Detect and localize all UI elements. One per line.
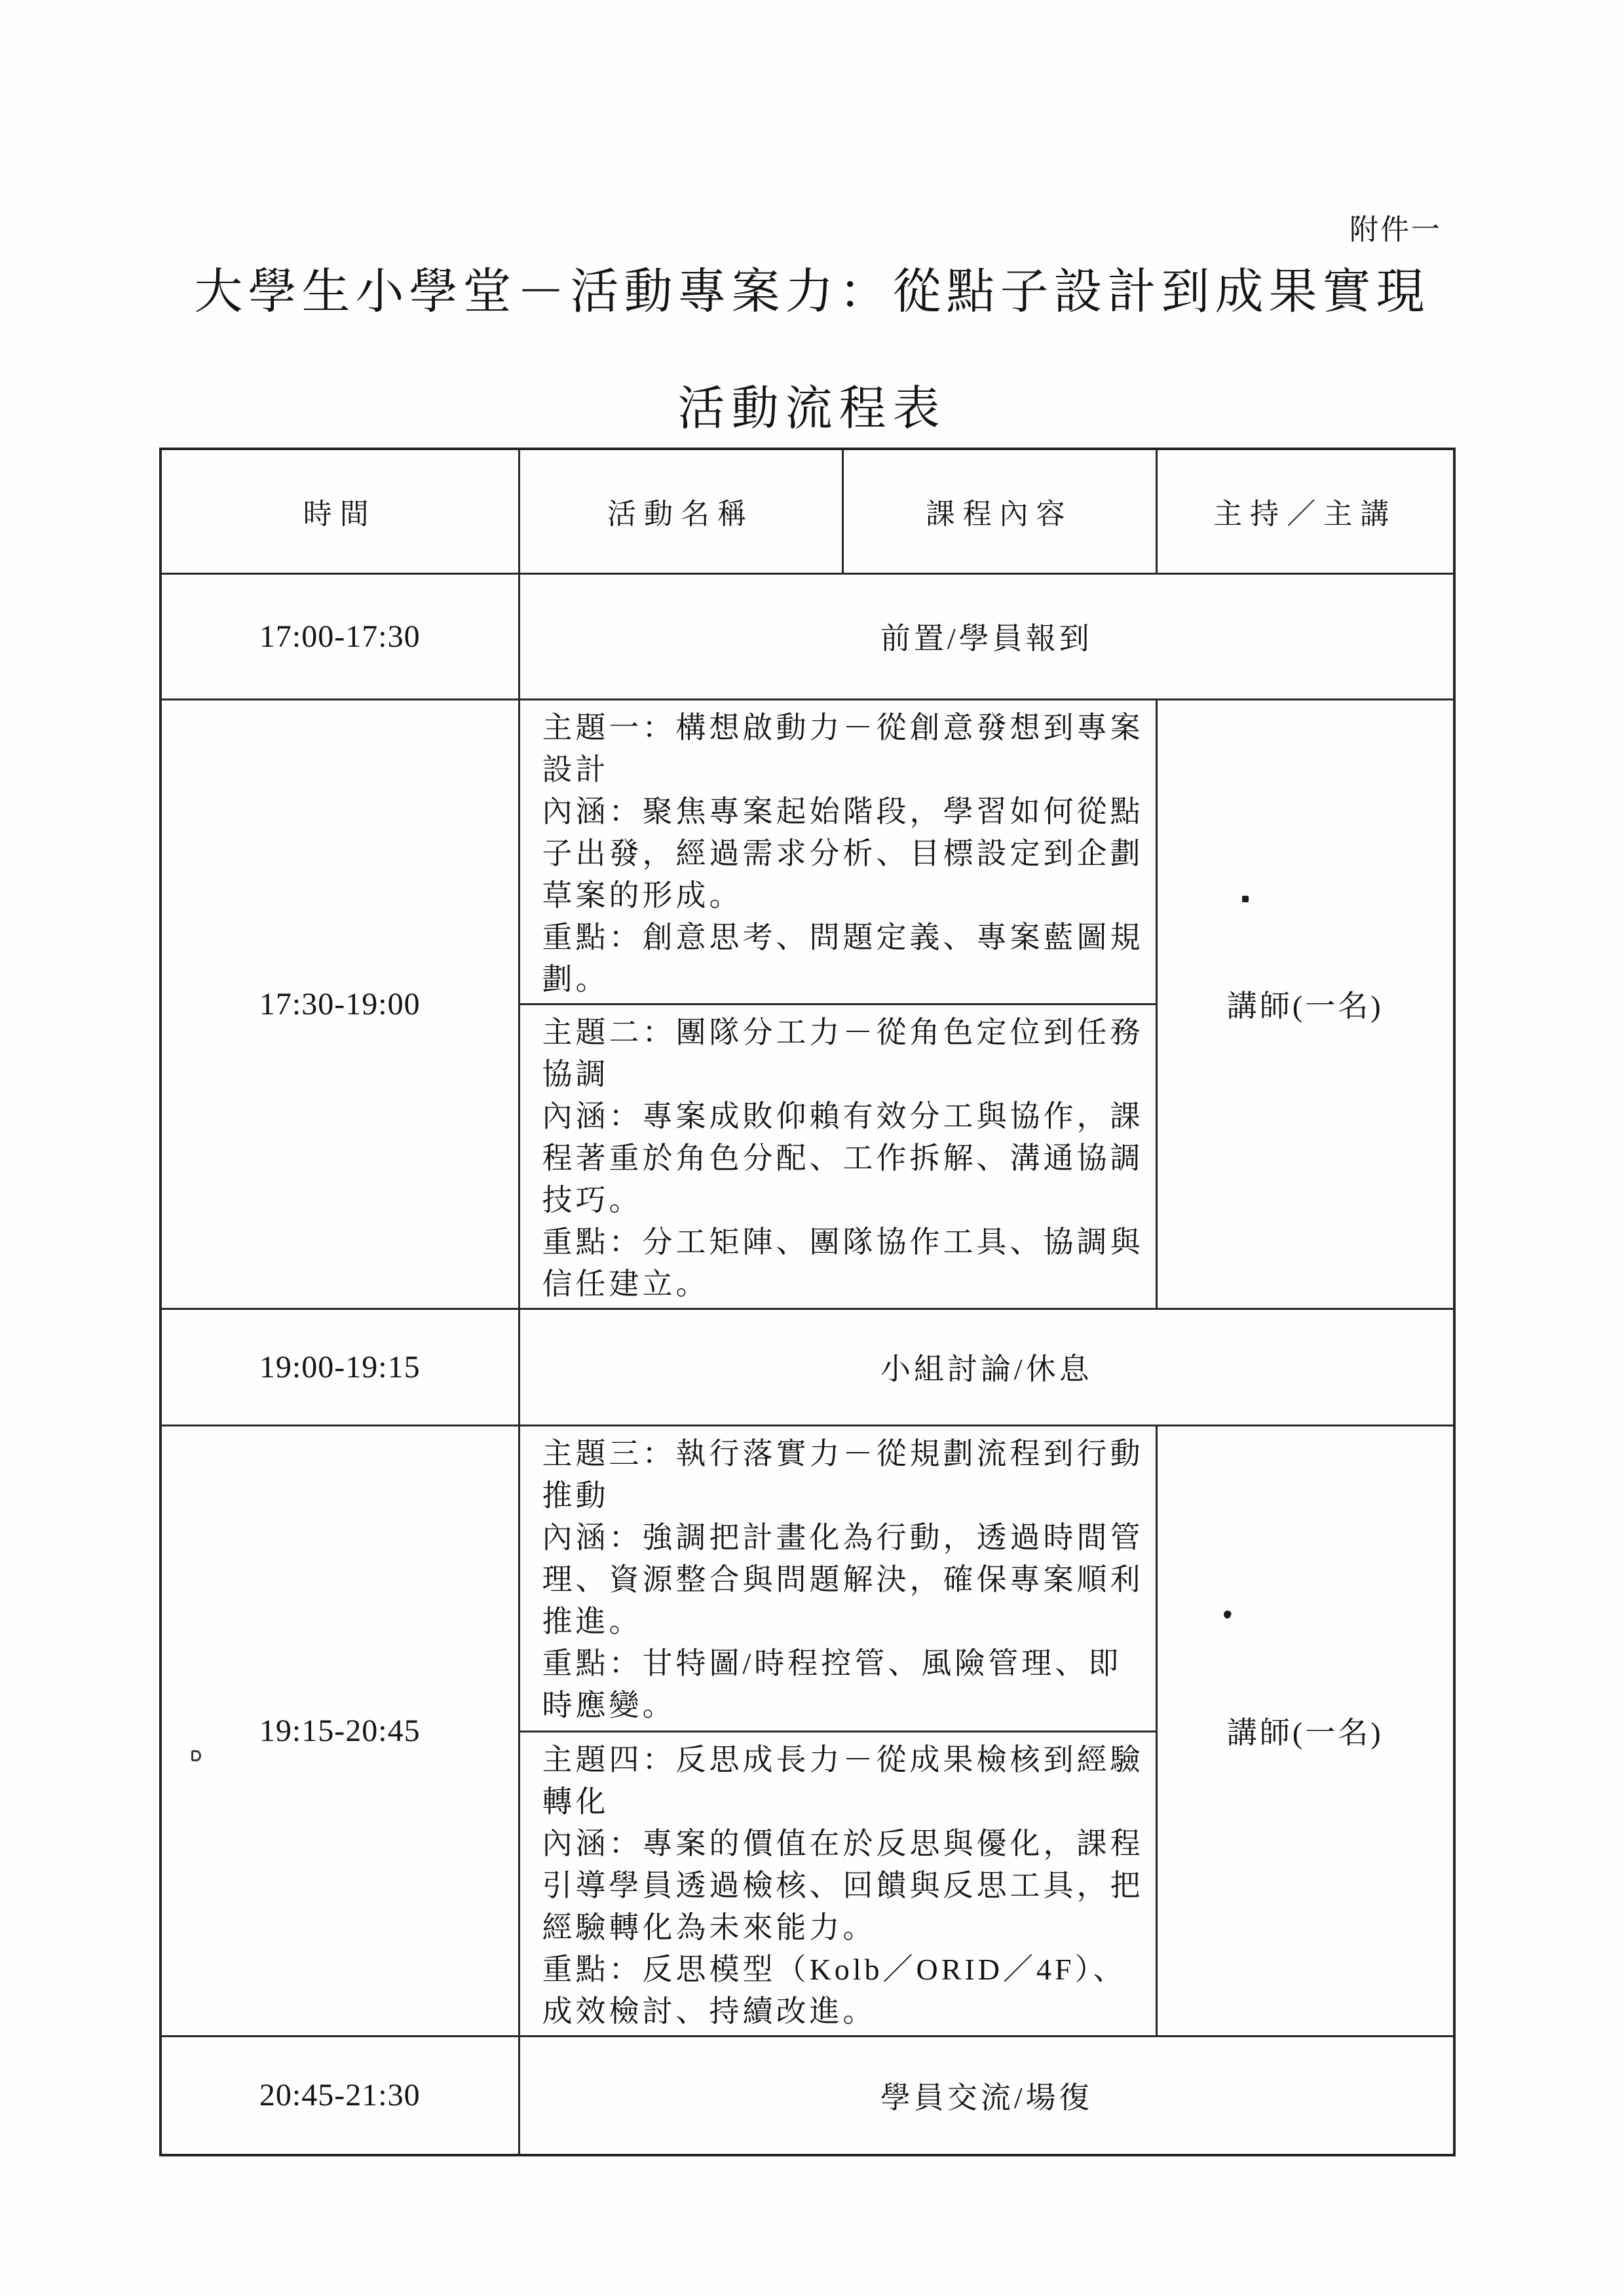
topic2-title: 主題二：團隊分工力－從角色定位到任務協調 bbox=[542, 1012, 1145, 1096]
time-cell-session2: 19:15-20:45 bbox=[161, 1425, 519, 2036]
time-cell-checkin: 17:00-17:30 bbox=[161, 573, 519, 699]
topic1-content: 內涵：聚焦專案起始階段，學習如何從點子出發，經過需求分析、目標設定到企劃草案的形… bbox=[542, 791, 1145, 917]
table-row-closing: 20:45-21:30 學員交流/場復 bbox=[161, 2036, 1454, 2155]
topic-cell-3: 主題三：執行落實力－從規劃流程到行動推動 內涵：強調把計畫化為行動，透過時間管理… bbox=[519, 1425, 1156, 1731]
time-cell-session1: 17:30-19:00 bbox=[161, 699, 519, 1309]
topic2-highlights: 重點：分工矩陣、團隊協作工具、協調與信任建立。 bbox=[542, 1221, 1145, 1305]
topic1-highlights: 重點：創意思考、問題定義、專案藍圖規劃。 bbox=[542, 917, 1145, 1001]
attachment-label: 附件一 bbox=[1350, 206, 1442, 248]
col-header-host: 主持／主講 bbox=[1156, 449, 1454, 573]
document-subtitle: 活動流程表 bbox=[0, 377, 1624, 440]
schedule-table: 時間 活動名稱 課程內容 主持／主講 17:00-17:30 前置/學員報到 1… bbox=[159, 448, 1456, 2156]
topic3-highlights: 重點：甘特圖/時程控管、風險管理、即時應變。 bbox=[542, 1643, 1145, 1727]
activity-cell-break: 小組討論/休息 bbox=[519, 1309, 1454, 1425]
col-header-activity: 活動名稱 bbox=[519, 449, 842, 573]
host-cell-session1: 講師(一名) bbox=[1156, 699, 1454, 1309]
scan-speck bbox=[191, 1750, 201, 1761]
table-row-session1-topic1: 17:30-19:00 主題一：構想啟動力－從創意發想到專案設計 內涵：聚焦專案… bbox=[161, 699, 1454, 1004]
topic4-title: 主題四：反思成長力－從成果檢核到經驗轉化 bbox=[542, 1739, 1145, 1823]
time-cell-break: 19:00-19:15 bbox=[161, 1309, 519, 1425]
topic-cell-1: 主題一：構想啟動力－從創意發想到專案設計 內涵：聚焦專案起始階段，學習如何從點子… bbox=[519, 699, 1156, 1004]
topic2-content: 內涵：專案成敗仰賴有效分工與協作，課程著重於角色分配、工作拆解、溝通協調技巧。 bbox=[542, 1096, 1145, 1221]
topic-cell-2: 主題二：團隊分工力－從角色定位到任務協調 內涵：專案成敗仰賴有效分工與協作，課程… bbox=[519, 1004, 1156, 1309]
col-header-time: 時間 bbox=[161, 449, 519, 573]
topic4-content: 內涵：專案的價值在於反思與優化，課程引導學員透過檢核、回饋與反思工具，把經驗轉化… bbox=[542, 1823, 1145, 1949]
activity-cell-checkin: 前置/學員報到 bbox=[519, 573, 1454, 699]
document-page: 附件一 大學生小學堂－活動專案力：從點子設計到成果實現 活動流程表 時間 活動名… bbox=[0, 0, 1624, 2296]
topic3-content: 內涵：強調把計畫化為行動，透過時間管理、資源整合與問題解決，確保專案順利推進。 bbox=[542, 1517, 1145, 1643]
host-cell-session2: 講師(一名) bbox=[1156, 1425, 1454, 2036]
topic-cell-4: 主題四：反思成長力－從成果檢核到經驗轉化 內涵：專案的價值在於反思與優化，課程引… bbox=[519, 1731, 1156, 2036]
activity-cell-closing: 學員交流/場復 bbox=[519, 2036, 1454, 2155]
topic1-title: 主題一：構想啟動力－從創意發想到專案設計 bbox=[542, 707, 1145, 791]
col-header-content: 課程內容 bbox=[842, 449, 1156, 573]
table-row-checkin: 17:00-17:30 前置/學員報到 bbox=[161, 573, 1454, 699]
scan-speck bbox=[1242, 896, 1249, 902]
document-title: 大學生小學堂－活動專案力：從點子設計到成果實現 bbox=[0, 261, 1624, 324]
table-row-session2-topic3: 19:15-20:45 主題三：執行落實力－從規劃流程到行動推動 內涵：強調把計… bbox=[161, 1425, 1454, 1731]
table-header-row: 時間 活動名稱 課程內容 主持／主講 bbox=[161, 449, 1454, 573]
topic3-title: 主題三：執行落實力－從規劃流程到行動推動 bbox=[542, 1433, 1145, 1517]
topic4-highlights: 重點：反思模型（Kolb／ORID／4F）、成效檢討、持續改進。 bbox=[542, 1949, 1145, 2033]
table-row-break: 19:00-19:15 小組討論/休息 bbox=[161, 1309, 1454, 1425]
time-cell-closing: 20:45-21:30 bbox=[161, 2036, 519, 2155]
